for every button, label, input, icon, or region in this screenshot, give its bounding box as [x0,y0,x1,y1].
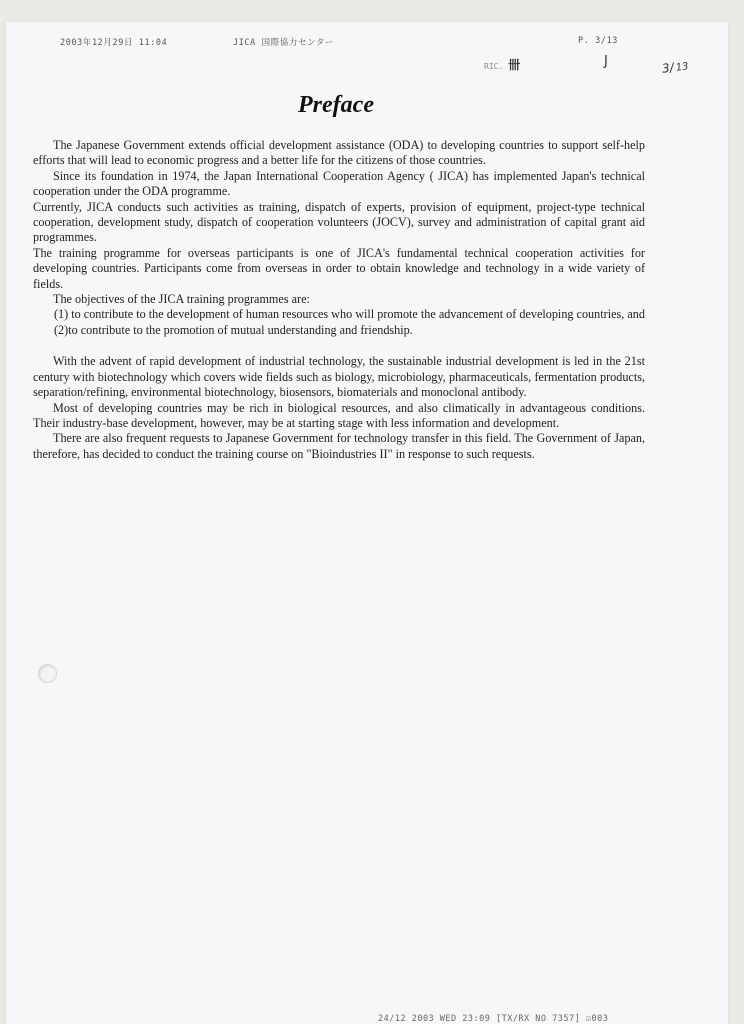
page-numerator: 3 [661,61,671,76]
paragraph-training-programme: The training programme for overseas part… [33,246,645,292]
paragraph-jica-activities: Currently, JICA conducts such activities… [33,200,645,246]
fax-header-datetime: 2003年12月29日 11:04 [60,36,167,48]
paragraph-biotech: With the advent of rapid development of … [33,354,645,400]
stamp-text: RIC. [484,62,503,71]
page-title: Preface [0,92,672,119]
fax-header-sender: JICA 国際協力センター [233,36,334,48]
paragraph-objectives-intro: The objectives of the JICA training prog… [33,292,645,307]
received-stamp: RIC. 卌 [484,56,520,73]
fax-header-page: P. 3/13 [578,36,618,46]
page-denominator: 13 [675,61,689,74]
fax-footer-transmission: 24/12 2003 WED 23:09 [TX/RX NO 7357] ☑00… [378,1014,608,1024]
paragraph-developing-countries: Most of developing countries may be rich… [33,401,645,432]
paragraph-gap [33,338,645,354]
handwritten-mark: J [604,54,608,69]
objective-item-1: (1) to contribute to the development of … [33,307,645,322]
document-body: The Japanese Government extends official… [33,138,645,462]
paragraph-jica-foundation: Since its foundation in 1974, the Japan … [33,169,645,200]
punch-hole [38,664,57,683]
paragraph-oda: The Japanese Government extends official… [33,138,645,169]
tally-mark-icon: 卌 [508,58,520,72]
paragraph-requests: There are also frequent requests to Japa… [33,431,645,462]
objective-item-2: (2)to contribute to the promotion of mut… [33,323,645,338]
